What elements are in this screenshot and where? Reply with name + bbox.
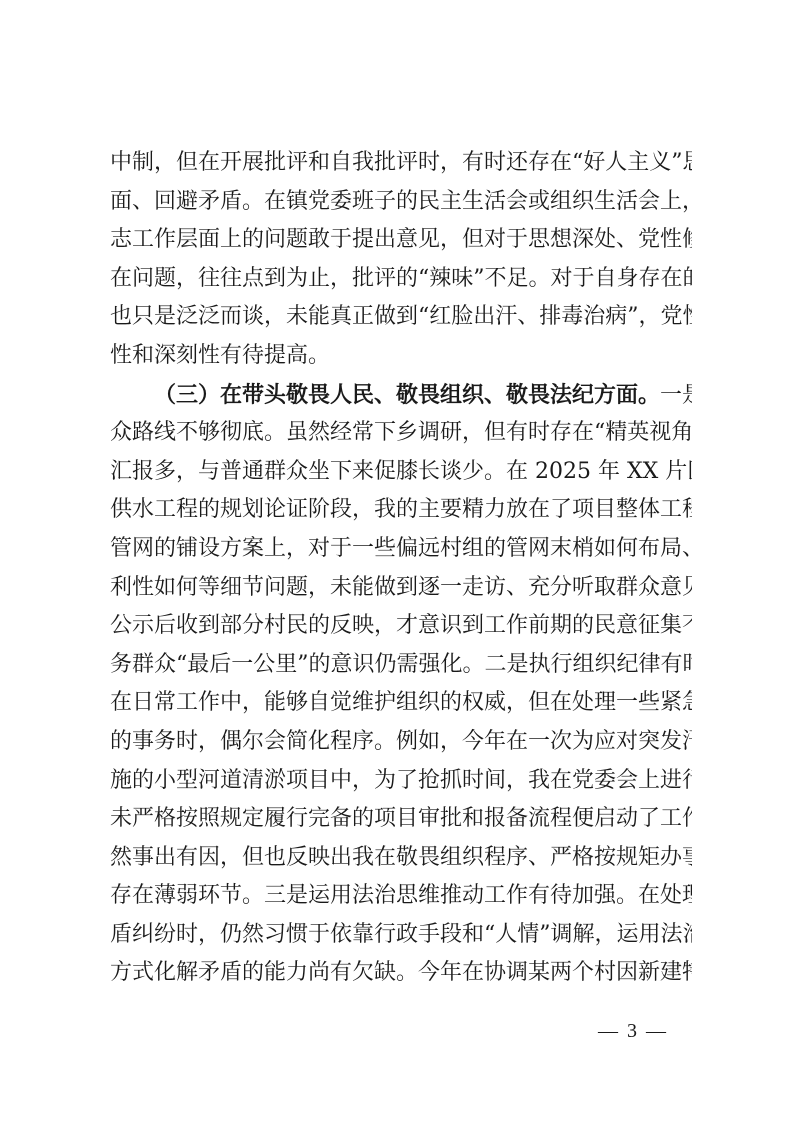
- text-line: 利性如何等细节问题，未能做到逐一走访、充分听取群众意见。直到方案: [110, 569, 692, 608]
- text-line: 然事出有因，但也反映出我在敬畏组织程序、严格按规矩办事的意识上还: [110, 839, 692, 878]
- document-page: 中制，但在开展批评和自我批评时，有时还存在“好人主义”思想，顾及情 面、回避矛盾…: [0, 0, 793, 1122]
- text-line: 务群众“最后一公里”的意识仍需强化。二是执行组织纪律有时不够严格。: [110, 646, 692, 685]
- text-line: 众路线不够彻底。虽然经常下乡调研，但有时存在“精英视角”，听取干部: [110, 414, 692, 453]
- body-text: 中制，但在开展批评和自我批评时，有时还存在“好人主义”思想，顾及情 面、回避矛盾…: [110, 144, 692, 993]
- text-line: 的事务时，偶尔会简化程序。例如，今年在一次为应对突发汛情而紧急实: [110, 723, 692, 762]
- text-line: 面、回避矛盾。在镇党委班子的民主生活会或组织生活会上，对于其他同: [110, 183, 692, 222]
- text-line: 也只是泛泛而谈，未能真正做到“红脸出汗、排毒治病”，党性锻炼的主动: [110, 298, 692, 337]
- text-line: 管网的铺设方案上，对于一些偏远村组的管网末梢如何布局、取水点的便: [110, 530, 692, 569]
- page-number: — 3 —: [598, 1020, 668, 1043]
- text-line: 盾纠纷时，仍然习惯于依靠行政手段和“人情”调解，运用法治思维和法治: [110, 916, 692, 955]
- text-line: 在日常工作中，能够自觉维护组织的权威，但在处理一些紧急或看似次要: [110, 684, 692, 723]
- section-heading-line: （三）在带头敬畏人民、敬畏组织、敬畏法纪方面。一是深入践行群: [110, 376, 692, 415]
- text-fragment: 一是深入践行群: [660, 383, 692, 408]
- text-line: 志工作层面上的问题敢于提出意见，但对于思想深处、党性修养方面的潜: [110, 221, 692, 260]
- text-line: 施的小型河道清淤项目中，为了抢抓时间，我在党委会上进行了通报，但: [110, 762, 692, 801]
- text-line: 性和深刻性有待提高。: [110, 337, 692, 376]
- text-line: 在问题，往往点到为止，批评的“辣味”不足。对于自身存在的问题，有时: [110, 260, 692, 299]
- text-line: 供水工程的规划论证阶段，我的主要精力放在了项目整体工程效率和主干: [110, 491, 692, 530]
- text-line: 公示后收到部分村民的反映，才意识到工作前期的民意征集不够充分，服: [110, 607, 692, 646]
- text-line: 未严格按照规定履行完备的项目审批和报备流程便启动了工作。这件事虽: [110, 800, 692, 839]
- text-line: 方式化解矛盾的能力尚有欠缺。今年在协调某两个村因新建特色农业示范: [110, 954, 692, 993]
- section-heading: （三）在带头敬畏人民、敬畏组织、敬畏法纪方面。: [154, 382, 660, 408]
- text-line: 汇报多，与普通群众坐下来促膝长谈少。在 2025 年 XX 片区农村规模化: [110, 453, 692, 492]
- text-line: 中制，但在开展批评和自我批评时，有时还存在“好人主义”思想，顾及情: [110, 144, 692, 183]
- text-line: 存在薄弱环节。三是运用法治思维推动工作有待加强。在处理一些基层矛: [110, 877, 692, 916]
